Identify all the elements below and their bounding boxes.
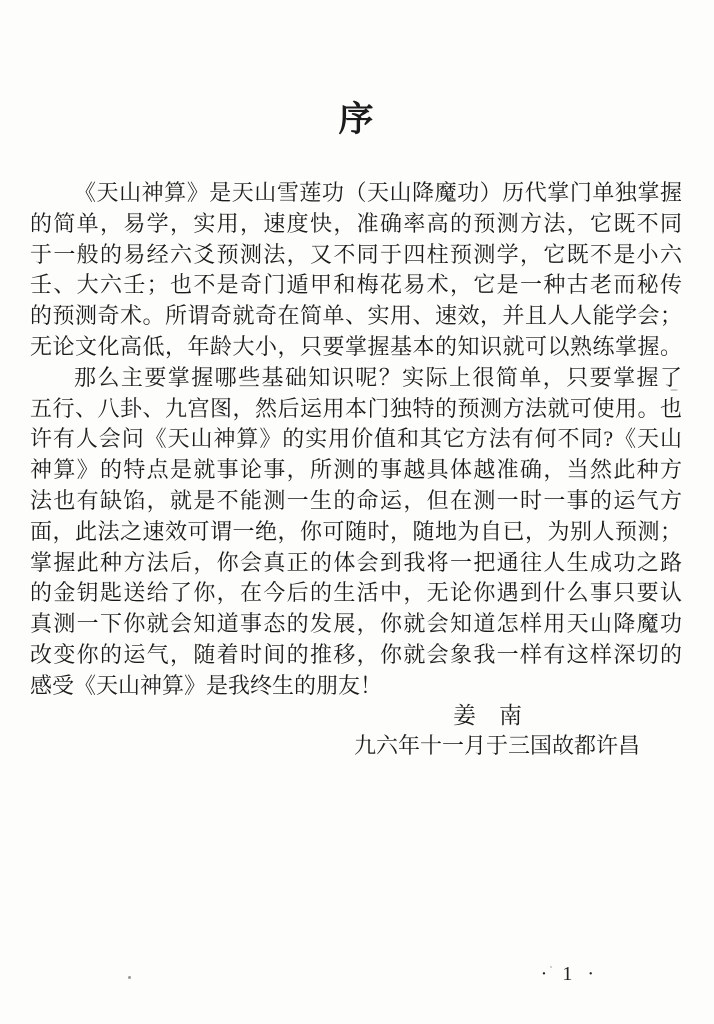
text-line: 许有人会问《天山神算》的实用价值和其它方法有何不同?《天山	[30, 424, 682, 455]
text-line: 感受《天山神算》是我终生的朋友！	[30, 671, 682, 702]
scan-speck	[670, 389, 678, 391]
text-line: 的金钥匙送给了你，在今后的生活中，无论你遇到什么事只要认	[30, 578, 682, 609]
text-line: 面，此法之速效可谓一绝，你可随时，随地为自已，为别人预测；	[30, 517, 682, 548]
signature: 姜 南	[30, 701, 682, 732]
scan-speck	[662, 232, 664, 234]
text-line: 的简单，易学，实用，速度快，准确率高的预测方法，它既不同	[30, 209, 682, 240]
dateline: 九六年十一月于三国故都许昌	[30, 731, 682, 762]
scan-speck	[550, 966, 552, 968]
body-text: 《天山神算》是天山雪莲功（天山降魔功）历代掌门单独掌握的简单，易学，实用，速度快…	[30, 178, 682, 702]
text-line: 真测一下你就会知道事态的发展，你就会知道怎样用天山降魔功	[30, 609, 682, 640]
text-line: 掌握此种方法后，你会真正的体会到我将一把通往人生成功之路	[30, 548, 682, 579]
text-line: 改变你的运气，随着时间的推移，你就会象我一样有这样深切的	[30, 640, 682, 671]
text-line: 神算》的特点是就事论事，所测的事越具体越准确，当然此种方	[30, 455, 682, 486]
text-line: 壬、大六壬；也不是奇门遁甲和梅花易术，它是一种古老而秘传	[30, 270, 682, 301]
book-page: 序 《天山神算》是天山雪莲功（天山降魔功）历代掌门单独掌握的简单，易学，实用，速…	[0, 0, 714, 1024]
page-title: 序	[0, 92, 714, 142]
text-line: 法也有缺馅，就是不能测一生的命运，但在测一时一事的运气方	[30, 486, 682, 517]
text-line: 那么主要掌握哪些基础知识呢？实际上很简单，只要掌握了	[30, 363, 682, 394]
text-line: 于一般的易经六爻预测法，又不同于四柱预测学，它既不是小六	[30, 240, 682, 271]
scan-speck	[128, 976, 131, 979]
text-line: 《天山神算》是天山雪莲功（天山降魔功）历代掌门单独掌握	[30, 178, 682, 209]
text-line: 的预测奇术。所谓奇就奇在简单、实用、速效，并且人人能学会；	[30, 301, 682, 332]
text-line: 无论文化高低，年龄大小，只要掌握基本的知识就可以熟练掌握。	[30, 332, 682, 363]
text-line: 五行、八卦、九宫图，然后运用本门独特的预测方法就可使用。也	[30, 394, 682, 425]
